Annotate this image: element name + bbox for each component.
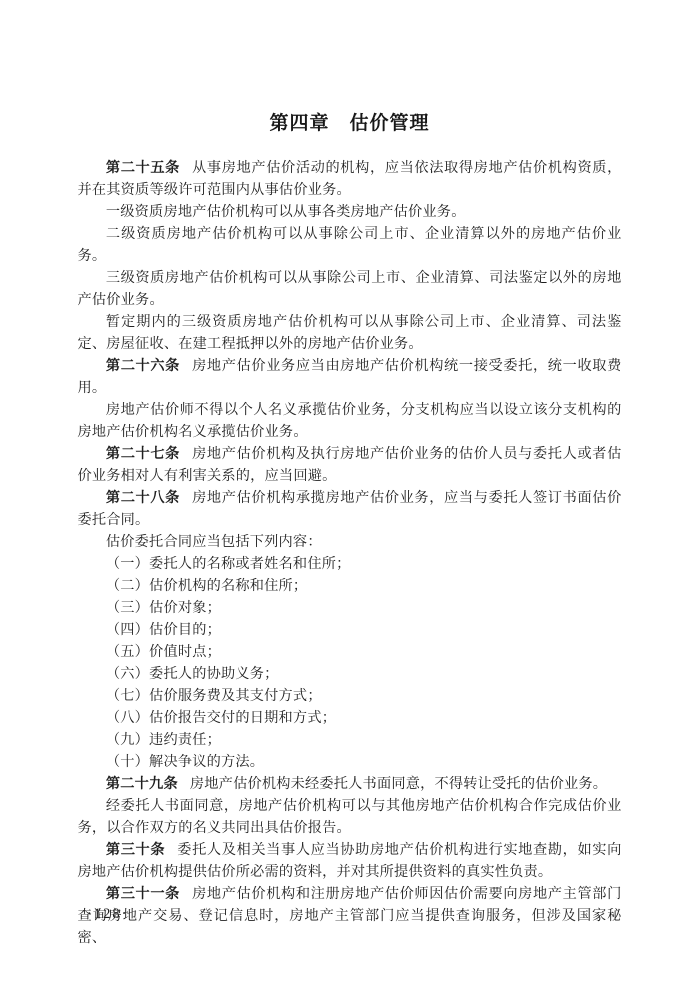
paragraph: 二级资质房地产估价机构可以从事除公司上市、企业清算以外的房地产估价业务。 <box>78 223 622 267</box>
paragraph: 估价委托合同应当包括下列内容： <box>78 531 622 553</box>
article-paragraph: 第三十条委托人及相关当事人应当协助房地产估价机构进行实地查勘，如实向房地产估价机… <box>78 839 622 883</box>
article-number: 第二十九条 <box>106 776 178 792</box>
paragraph: 房地产估价师不得以个人名义承揽估价业务，分支机构应当以设立该分支机构的房地产估价… <box>78 399 622 443</box>
article-paragraph: 第二十六条房地产估价业务应当由房地产估价机构统一接受委托，统一收取费用。 <box>78 355 622 399</box>
article-number: 第二十五条 <box>106 160 180 176</box>
article-number: 第二十六条 <box>106 358 180 374</box>
article-number: 第三十条 <box>106 842 165 858</box>
paragraph: （三）估价对象； <box>78 597 622 619</box>
paragraph: （六）委托人的协助义务； <box>78 663 622 685</box>
article-paragraph: 第二十九条房地产估价机构未经委托人书面同意，不得转让受托的估价业务。 <box>78 773 622 795</box>
page-number: ·128· <box>87 906 128 923</box>
paragraph: （二）估价机构的名称和住所； <box>78 575 622 597</box>
paragraph: （五）价值时点； <box>78 641 622 663</box>
article-paragraph: 第二十八条房地产估价机构承揽房地产估价业务，应当与委托人签订书面估价委托合同。 <box>78 487 622 531</box>
article-number: 第三十一条 <box>106 886 180 902</box>
paragraph: 经委托人书面同意，房地产估价机构可以与其他房地产估价机构合作完成估价业务，以合作… <box>78 795 622 839</box>
article-number: 第二十八条 <box>106 490 180 506</box>
paragraph: 一级资质房地产估价机构可以从事各类房地产估价业务。 <box>78 201 622 223</box>
document-content: 第二十五条从事房地产估价活动的机构，应当依法取得房地产估价机构资质，并在其资质等… <box>78 157 622 949</box>
article-paragraph: 第二十七条房地产估价机构及执行房地产估价业务的估价人员与委托人或者估价业务相对人… <box>78 443 622 487</box>
article-paragraph: 第二十五条从事房地产估价活动的机构，应当依法取得房地产估价机构资质，并在其资质等… <box>78 157 622 201</box>
document-page: 第四章 估价管理 第二十五条从事房地产估价活动的机构，应当依法取得房地产估价机构… <box>0 0 699 982</box>
article-paragraph: 第三十一条房地产估价机构和注册房地产估价师因估价需要向房地产主管部门查询房地产交… <box>78 883 622 949</box>
paragraph: （四）估价目的； <box>78 619 622 641</box>
paragraph: 暂定期内的三级资质房地产估价机构可以从事除公司上市、企业清算、司法鉴定、房屋征收… <box>78 311 622 355</box>
paragraph: （九）违约责任； <box>78 729 622 751</box>
article-number: 第二十七条 <box>106 446 180 462</box>
paragraph: （七）估价服务费及其支付方式； <box>78 685 622 707</box>
chapter-title: 第四章 估价管理 <box>0 0 699 137</box>
paragraph: （一）委托人的名称或者姓名和住所； <box>78 553 622 575</box>
paragraph: （八）估价报告交付的日期和方式； <box>78 707 622 729</box>
paragraph: （十）解决争议的方法。 <box>78 751 622 773</box>
paragraph: 三级资质房地产估价机构可以从事除公司上市、企业清算、司法鉴定以外的房地产估价业务… <box>78 267 622 311</box>
